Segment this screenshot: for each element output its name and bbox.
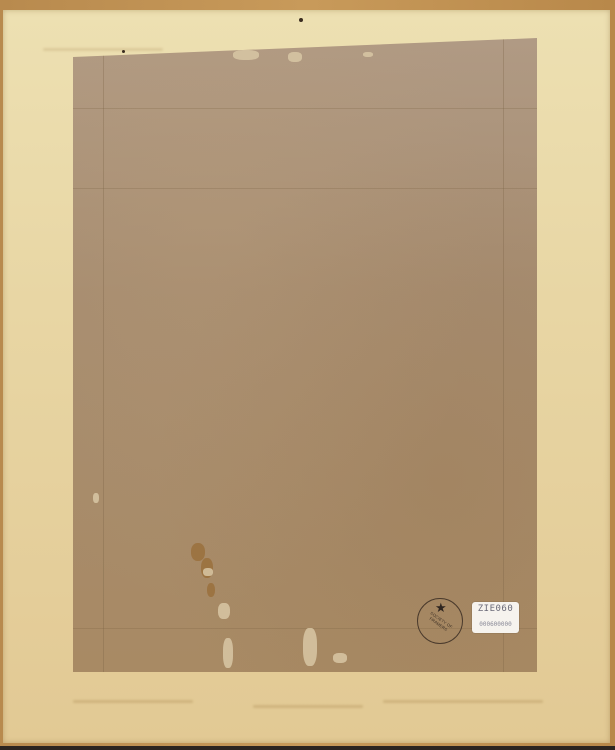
paper-chip [218, 603, 230, 619]
board-line [73, 188, 537, 189]
nail-hole [122, 50, 125, 53]
paper-chip [223, 638, 233, 668]
paper-chip [93, 493, 99, 503]
mat-crease [43, 48, 163, 51]
paper-chip [363, 52, 373, 57]
paper-chip [303, 628, 317, 666]
paper-chip [333, 653, 347, 663]
backing-board [73, 38, 537, 672]
stain [207, 583, 215, 597]
mat-crease [253, 705, 363, 708]
inventory-label: ZIE060 000600000 [472, 602, 519, 633]
board-line [73, 108, 537, 109]
star-icon: ★ [435, 601, 447, 614]
board-line [503, 38, 504, 672]
mat-crease [383, 700, 543, 703]
board-line [103, 38, 104, 672]
paper-chip [288, 52, 302, 62]
nail-hole [299, 18, 303, 22]
mat-crease [73, 700, 193, 703]
label-number: 000600000 [472, 621, 519, 628]
framer-stamp: ★ SOCIETY OF FRAMERS [417, 598, 463, 644]
paper-chip [233, 50, 259, 60]
label-code: ZIE060 [472, 604, 519, 614]
paper-chip [203, 568, 213, 576]
